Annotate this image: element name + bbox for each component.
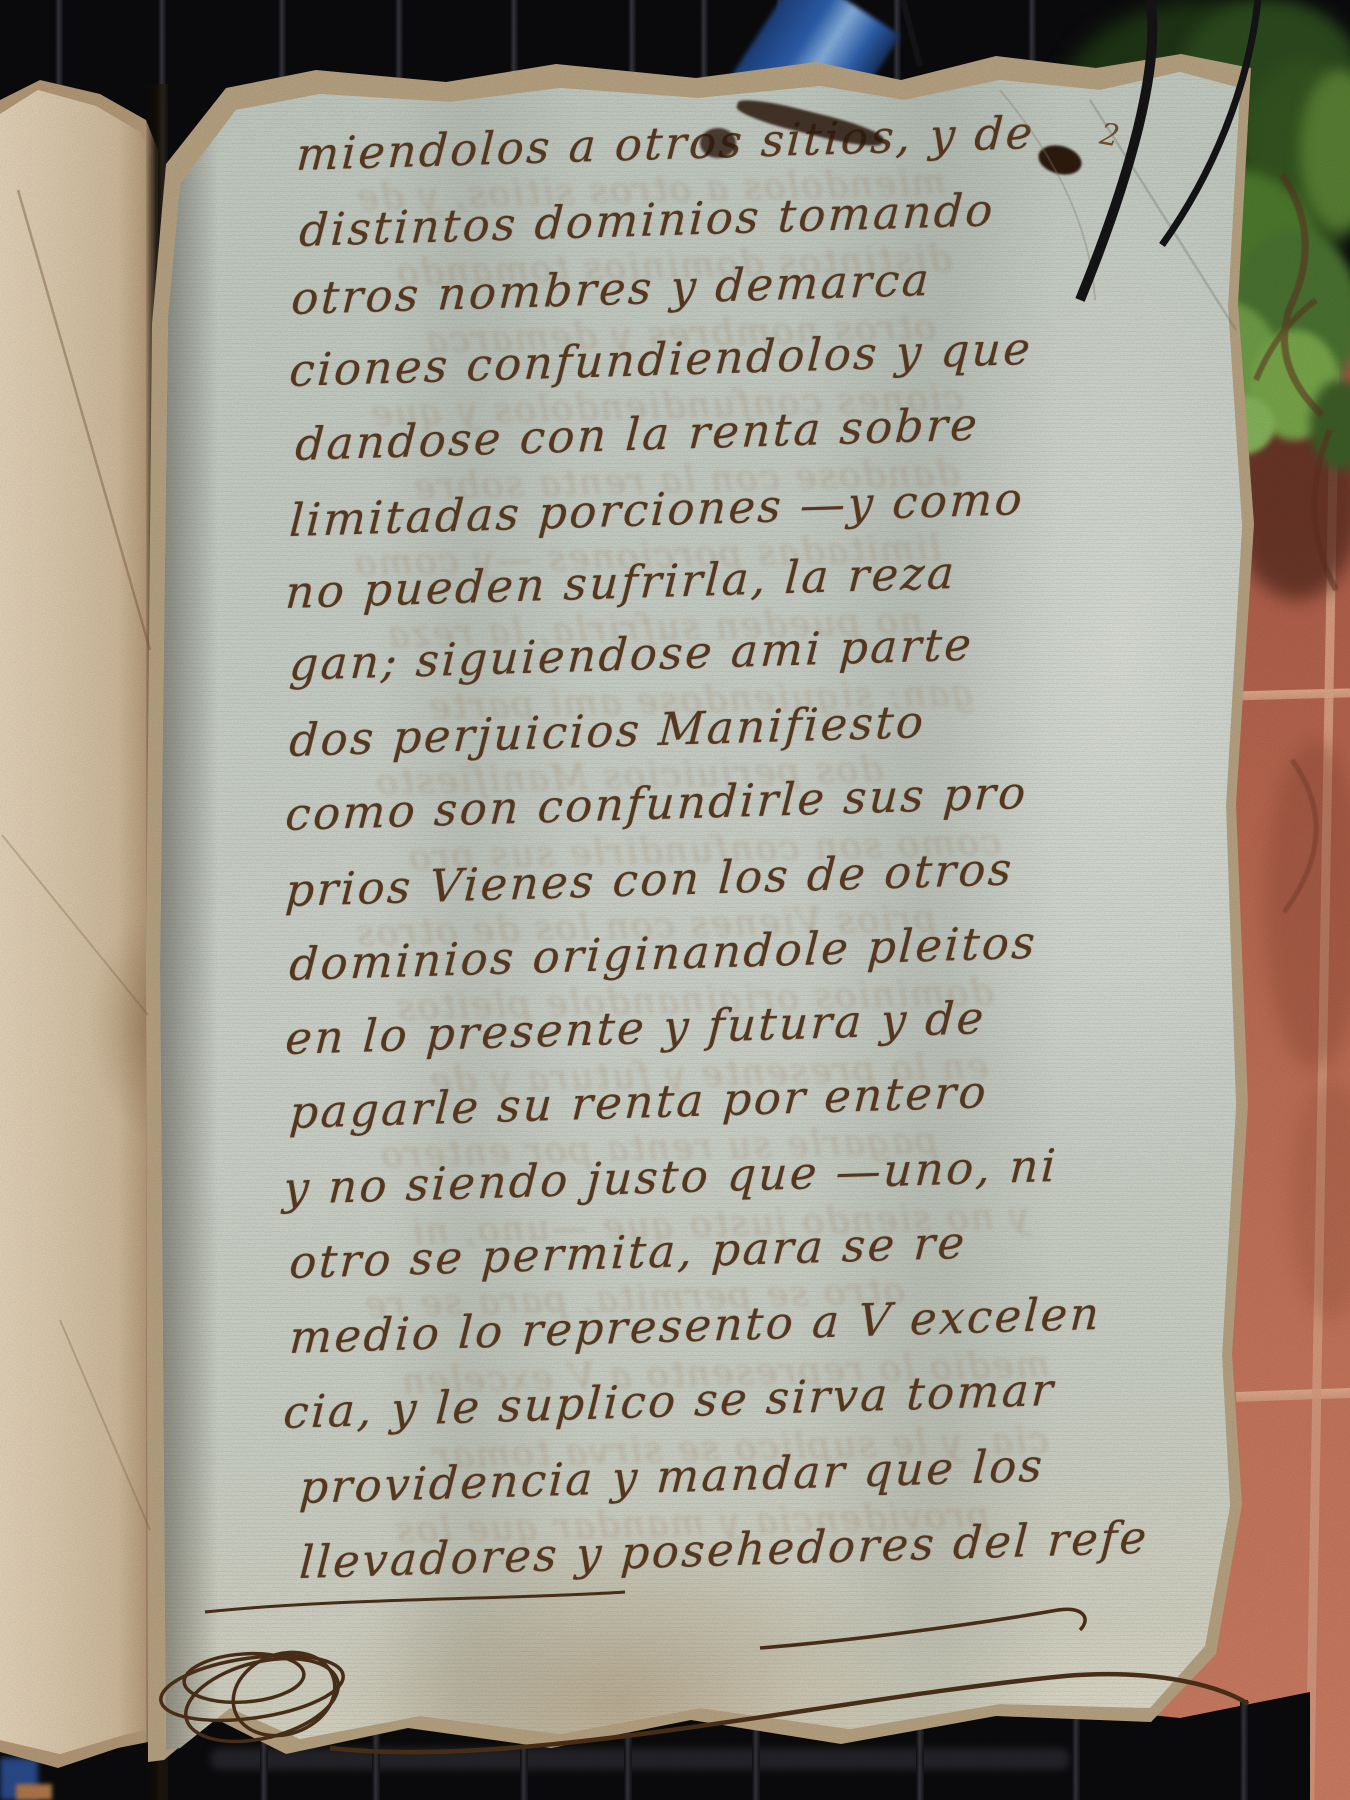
photo-grain [0,0,1350,1800]
photograph-of-manuscript: ve =reen n.de Penase el pralqueen cosnto… [0,0,1350,1800]
